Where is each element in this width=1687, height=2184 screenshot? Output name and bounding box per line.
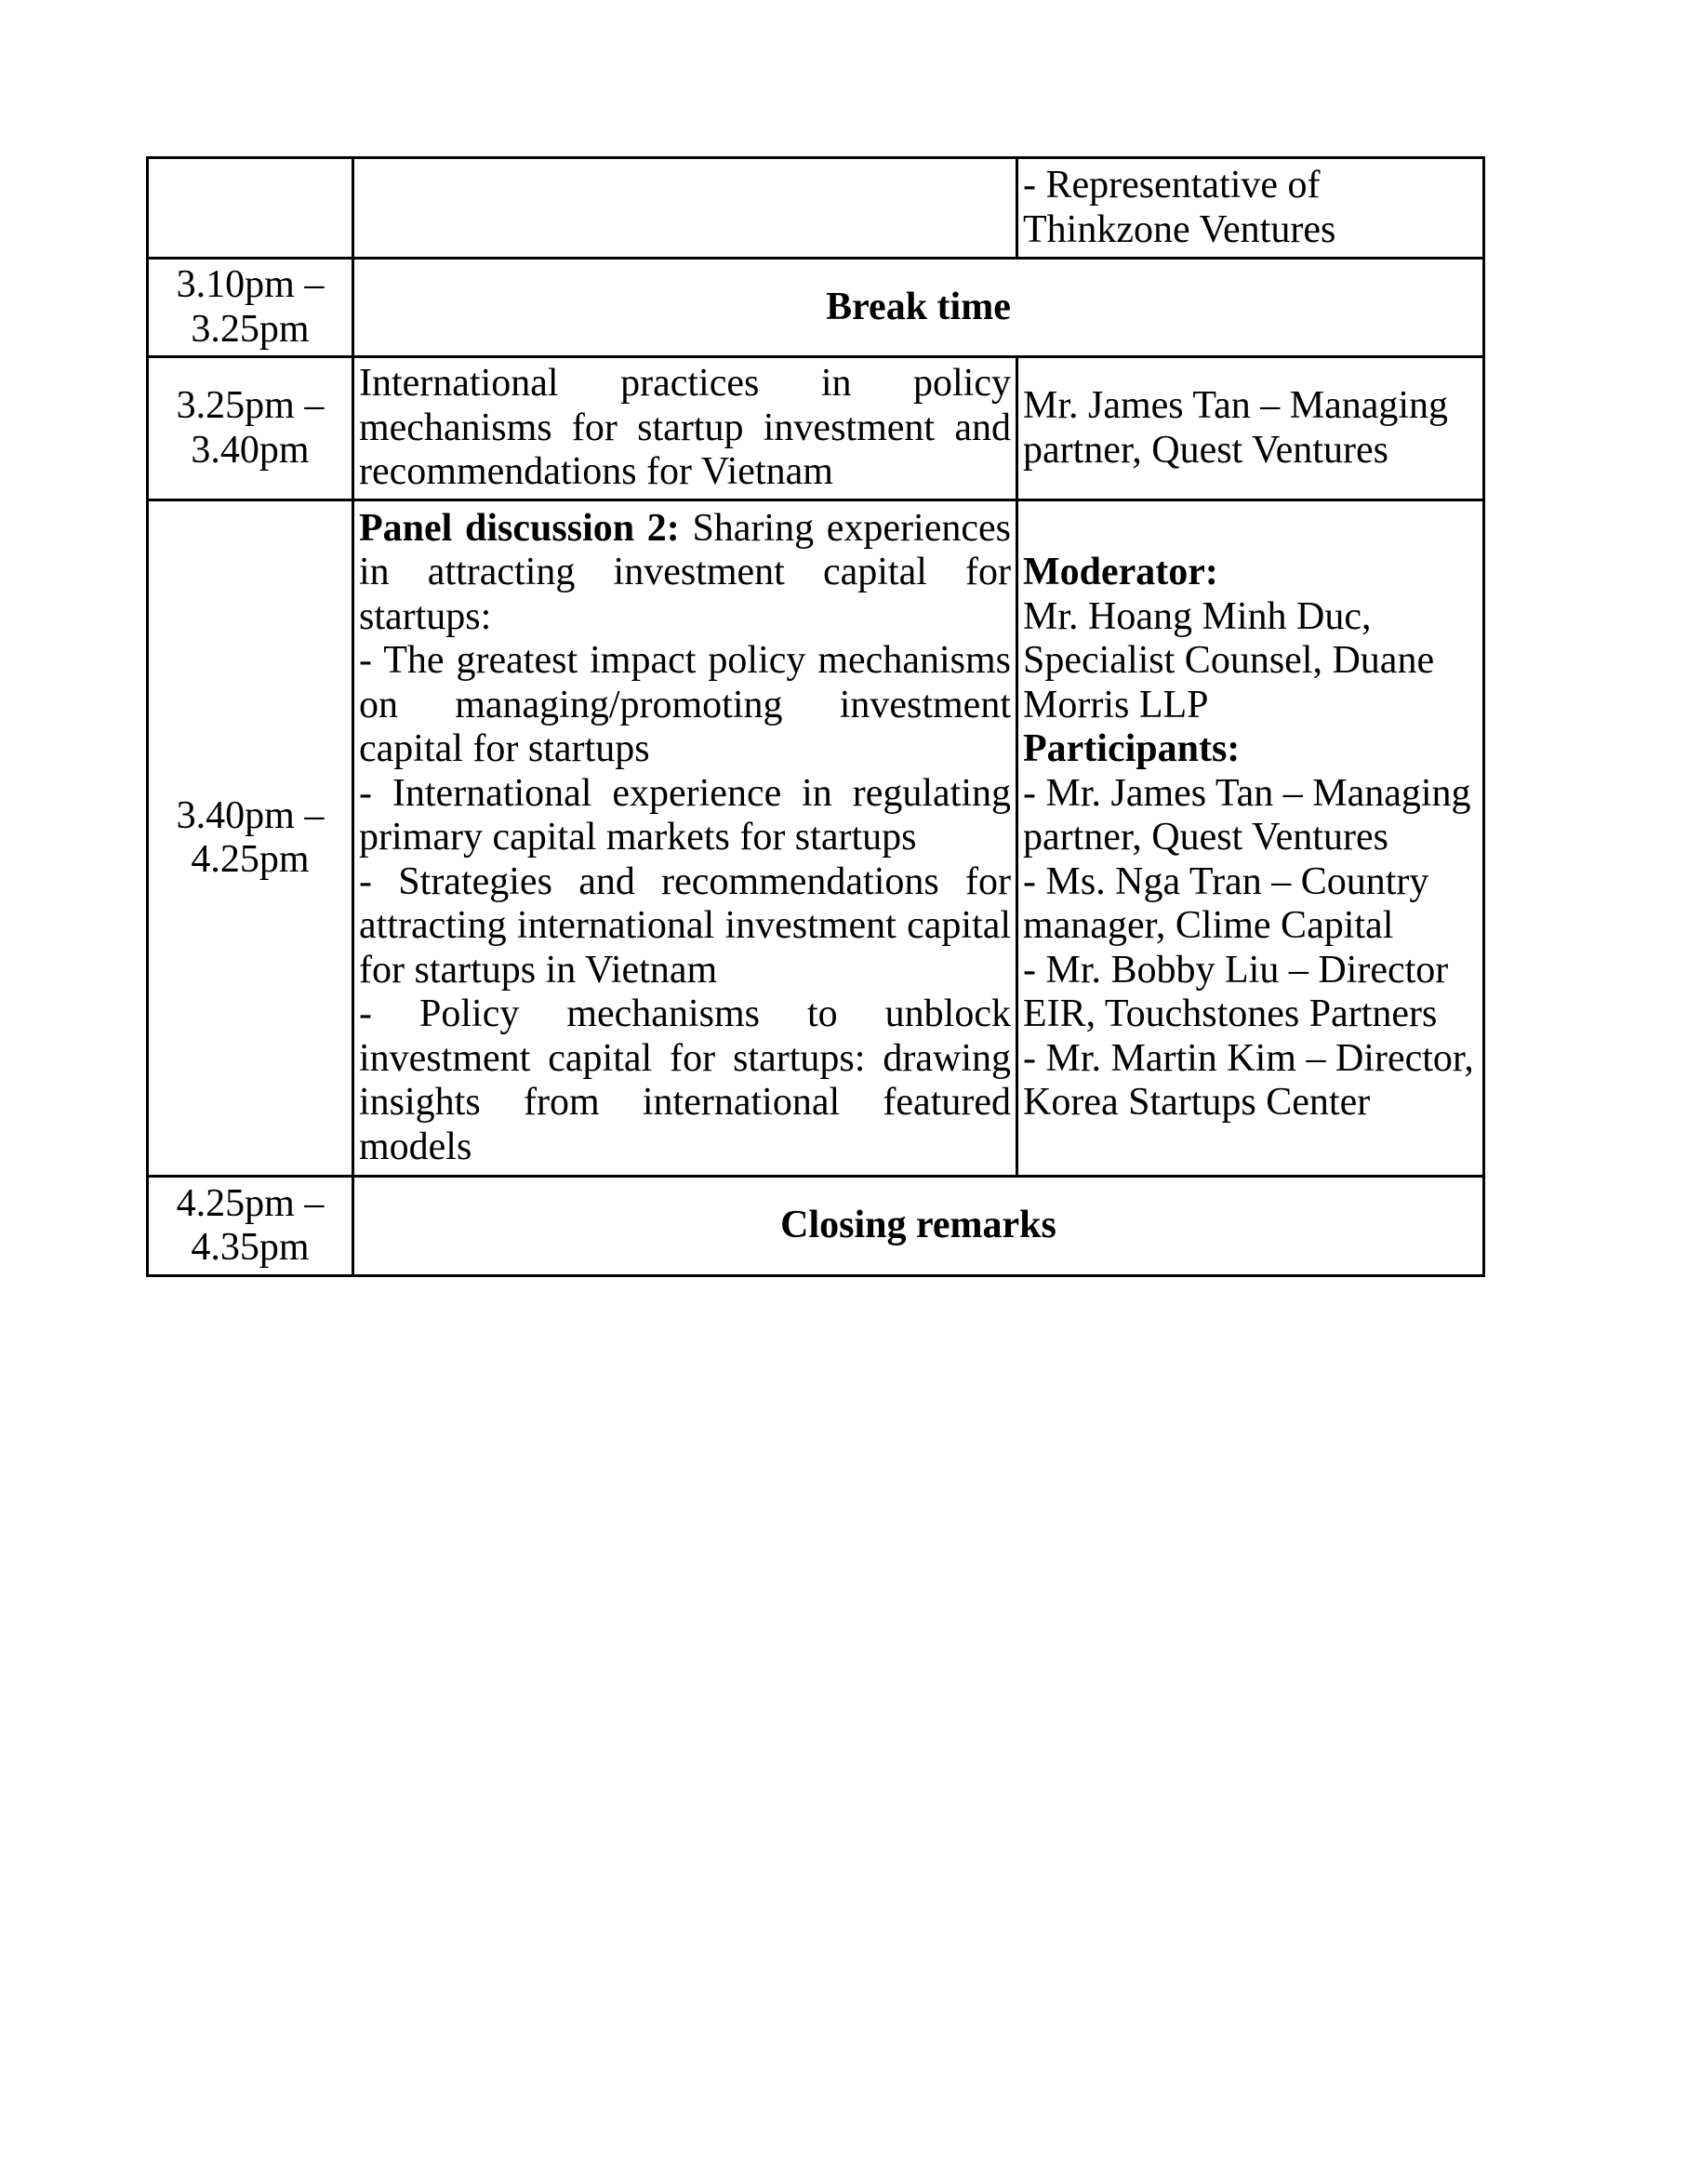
topic-cell: International practices in policy mechan…	[353, 357, 1017, 500]
topic-line: attracting international investment capi…	[359, 904, 1011, 949]
topic-cell	[353, 158, 1017, 259]
speakers-cell: - Representative of Thinkzone Ventures	[1017, 158, 1484, 259]
speakers-cell: Moderator: Mr. Hoang Minh Duc, Specialis…	[1017, 500, 1484, 1177]
participant-line: manager, Clime Capital	[1023, 904, 1478, 949]
speaker-line: Thinkzone Ventures	[1023, 208, 1478, 253]
topic-line: recommendations for Vietnam	[359, 450, 1011, 495]
topic-line: Panel discussion 2: Sharing experiences	[359, 507, 1011, 552]
break-time-label: Break time	[353, 259, 1484, 357]
topic-line: investment capital for startups: drawing	[359, 1037, 1011, 1082]
participant-line: EIR, Touchstones Partners	[1023, 992, 1478, 1037]
speakers-cell: Mr. James Tan – Managing partner, Quest …	[1017, 357, 1484, 500]
topic-line: - International experience in regulating	[359, 772, 1011, 817]
speaker-line: Mr. James Tan – Managing	[1023, 384, 1478, 429]
time-cell: 3.25pm – 3.40pm	[148, 357, 353, 500]
speaker-line: partner, Quest Ventures	[1023, 429, 1478, 473]
time-end: 4.25pm	[153, 838, 347, 883]
time-end: 4.35pm	[153, 1226, 347, 1271]
topic-line: - Strategies and recommendations for	[359, 860, 1011, 905]
topic-line: in attracting investment capital for	[359, 551, 1011, 595]
agenda-row: - Representative of Thinkzone Ventures	[148, 158, 1484, 259]
panel-title: Panel discussion 2:	[359, 507, 680, 550]
participant-line: - Mr. James Tan – Managing	[1023, 772, 1478, 817]
topic-cell: Panel discussion 2: Sharing experiences …	[353, 500, 1017, 1177]
time-cell	[148, 158, 353, 259]
topic-line: - The greatest impact policy mechanisms	[359, 639, 1011, 684]
topic-line: insights from international featured	[359, 1081, 1011, 1125]
topic-line: capital for startups	[359, 727, 1011, 772]
time-start: 3.40pm –	[153, 794, 347, 839]
participant-line: - Ms. Nga Tran – Country	[1023, 860, 1478, 905]
moderator-label: Moderator:	[1023, 551, 1478, 595]
participant-line: partner, Quest Ventures	[1023, 816, 1478, 860]
topic-line: primary capital markets for startups	[359, 816, 1011, 860]
time-start: 4.25pm –	[153, 1182, 347, 1227]
topic-line: International practices in policy	[359, 362, 1011, 406]
agenda-table: - Representative of Thinkzone Ventures 3…	[146, 156, 1485, 1277]
participant-line: - Mr. Martin Kim – Director,	[1023, 1037, 1478, 1082]
time-cell: 4.25pm – 4.35pm	[148, 1177, 353, 1276]
speaker-line: - Representative of	[1023, 164, 1478, 208]
agenda-row-closing: 4.25pm – 4.35pm Closing remarks	[148, 1177, 1484, 1276]
time-cell: 3.40pm – 4.25pm	[148, 500, 353, 1177]
time-end: 3.25pm	[153, 308, 347, 353]
topic-line: for startups in Vietnam	[359, 949, 1011, 993]
participants-label: Participants:	[1023, 727, 1478, 772]
topic-line: mechanisms for startup investment and	[359, 406, 1011, 451]
participant-line: - Mr. Bobby Liu – Director	[1023, 949, 1478, 993]
topic-line: startups:	[359, 595, 1011, 640]
agenda-row-break: 3.10pm – 3.25pm Break time	[148, 259, 1484, 357]
moderator-line: Morris LLP	[1023, 684, 1478, 728]
topic-line: on managing/promoting investment	[359, 684, 1011, 728]
agenda-row: 3.25pm – 3.40pm International practices …	[148, 357, 1484, 500]
time-cell: 3.10pm – 3.25pm	[148, 259, 353, 357]
moderator-line: Mr. Hoang Minh Duc,	[1023, 595, 1478, 640]
panel-subtitle: Sharing experiences	[680, 507, 1011, 550]
topic-line: - Policy mechanisms to unblock	[359, 992, 1011, 1037]
time-end: 3.40pm	[153, 429, 347, 473]
participant-line: Korea Startups Center	[1023, 1081, 1478, 1125]
time-start: 3.25pm –	[153, 384, 347, 429]
time-start: 3.10pm –	[153, 263, 347, 308]
closing-remarks-label: Closing remarks	[353, 1177, 1484, 1276]
topic-line: models	[359, 1125, 1011, 1170]
moderator-line: Specialist Counsel, Duane	[1023, 639, 1478, 684]
agenda-row-panel: 3.40pm – 4.25pm Panel discussion 2: Shar…	[148, 500, 1484, 1177]
